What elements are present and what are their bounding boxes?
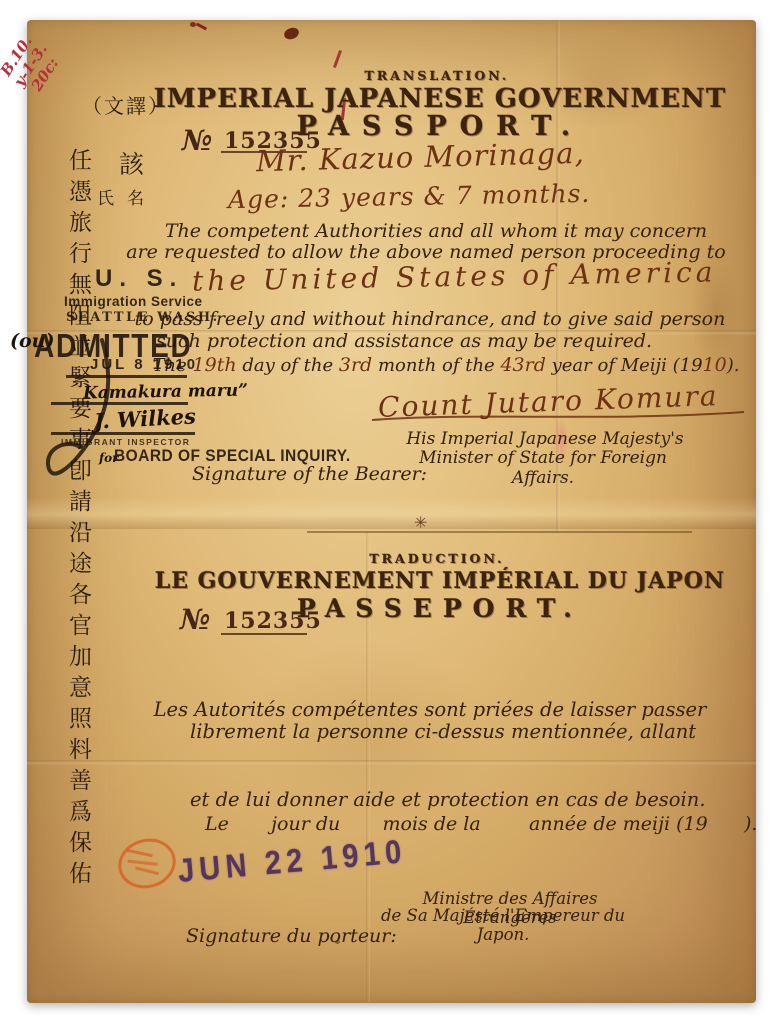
- seal-mark: [127, 849, 153, 857]
- government-title-fr: LE GOUVERNEMENT IMPÉRIAL DU JAPON: [97, 568, 783, 594]
- passport-number-label-en: №: [182, 124, 212, 157]
- passport-scan: B.10. y-1-3. 20c: （文譯） 該 氏名 任憑旅行無阻並緊要事卽請…: [0, 0, 783, 1024]
- us-stamp-line3: SEATTLE WASH.: [66, 310, 220, 325]
- body-line1-en: The competent Authorities and all whom i…: [130, 220, 742, 242]
- fold-crease-horizontal: [27, 760, 756, 765]
- ministre-title2-fr: de Sa Majesté l'Empereur du Japon.: [378, 906, 628, 944]
- board-of-special-inquiry-stamp: BOARD OF SPECIAL INQUIRY.: [114, 447, 351, 466]
- signature-underline-flourish: [370, 408, 748, 424]
- minister-title1-en: His Imperial Japanese Majesty's: [400, 429, 690, 449]
- traduction-label: TRADUCTION.: [317, 551, 557, 566]
- porteur-signature-label: Signature du porteur:: [186, 925, 397, 947]
- seal-mark: [135, 866, 159, 875]
- minister-title2-en: Minister of State for Foreign Affairs.: [388, 448, 698, 488]
- date-line-en: The 19th day of the 3rd month of the 43r…: [140, 354, 752, 376]
- section-divider-rule: [307, 531, 692, 533]
- date-handwritten: 19th: [193, 354, 237, 376]
- passport-number-label-fr: №: [180, 603, 210, 636]
- translation-label: TRANSLATION.: [317, 68, 557, 83]
- body-line3-fr: et de lui donner aide et protection en c…: [190, 788, 706, 811]
- date-printed: day of the: [242, 355, 333, 376]
- passport-number-fr: 152355: [224, 608, 322, 634]
- date-blank-line-fr: Le jour du mois de la année de meiji (19…: [205, 813, 757, 835]
- date-handwritten: 3rd: [339, 354, 372, 376]
- date-printed: month of the: [378, 355, 495, 376]
- seal-mark: [128, 860, 158, 866]
- number-underline-fr: [221, 633, 307, 635]
- us-stamp-line2: Immigration Service: [64, 294, 203, 309]
- date-handwritten: 10: [703, 354, 727, 376]
- government-title-en: IMPERIAL JAPANESE GOVERNMENT: [97, 84, 783, 114]
- japanese-side-column: 任憑旅行無阻並緊要事卽請沿途各官加意照料善爲保佑: [62, 148, 95, 958]
- date-printed: year of Meiji (19: [552, 355, 703, 376]
- date-handwritten: 43rd: [500, 354, 545, 376]
- bearer-signature-label: Signature of the Bearer:: [192, 463, 427, 485]
- date-printed: ).: [727, 355, 740, 376]
- japanese-name-column-label: 氏名: [97, 184, 157, 209]
- inspector-signature-flourish: [40, 336, 132, 494]
- fold-crease-horizontal: [27, 497, 756, 529]
- us-stamp-line1: U. S.: [95, 265, 183, 293]
- japanese-name-column-char: 該: [119, 145, 144, 181]
- body-line1-fr: Les Autorités compétentes sont priées de…: [140, 698, 720, 721]
- body-line2-fr: librement la personne ci-dessus mentionn…: [190, 720, 696, 743]
- divider-ornament-icon: ✳: [414, 513, 427, 532]
- body-line4-en: such protection and assistance as may be…: [124, 330, 684, 352]
